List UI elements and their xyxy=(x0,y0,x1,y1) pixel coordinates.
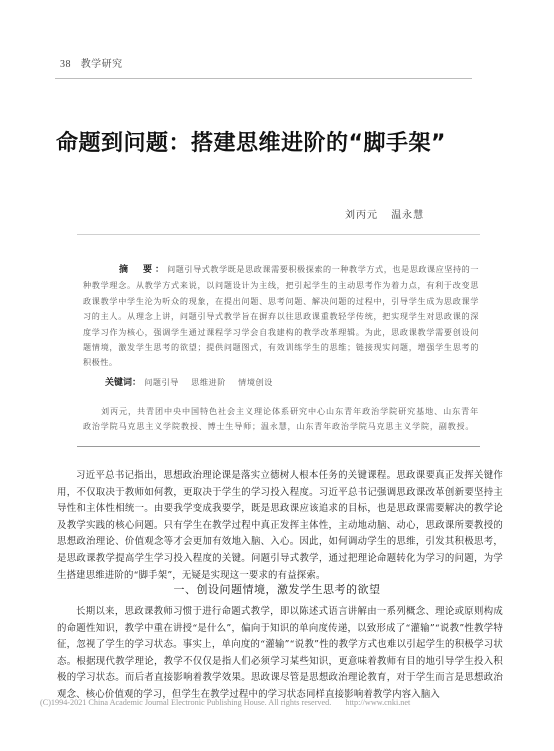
header-divider xyxy=(55,78,472,79)
keyword: 思维进阶 xyxy=(191,377,226,387)
page-number: 38 xyxy=(60,59,71,70)
abstract-top-divider xyxy=(77,234,480,235)
copyright-text: (C)1994-2021 China Academic Journal Elec… xyxy=(40,698,331,707)
keywords: 关键词： 问题引导 思维进阶 情境创设 xyxy=(105,375,282,388)
abstract: 摘 要：问题引导式教学既是思政课需要积极探索的一种教学方式，也是思政课应坚持的一… xyxy=(83,262,479,371)
abstract-text: 问题引导式教学既是思政课需要积极探索的一种教学方式，也是思政课应坚持的一种教学理… xyxy=(83,264,479,367)
keywords-label: 关键词： xyxy=(105,378,141,388)
abstract-label: 摘 要： xyxy=(119,265,167,275)
journal-section: 教学研究 xyxy=(81,59,123,70)
author-affiliation: 刘丙元，共青团中央中国特色社会主义理论体系研究中心山东青年政治学院研究基地、山东… xyxy=(83,404,479,435)
article-title: 命题到问题：搭建思维进阶的“脚手架” xyxy=(56,126,446,157)
section-heading: 一、创设问题情境，激发学生思考的欲望 xyxy=(0,581,554,597)
running-head: 38 教学研究 xyxy=(60,55,123,70)
keyword: 问题引导 xyxy=(144,377,179,387)
copyright-footer: (C)1994-2021 China Academic Journal Elec… xyxy=(0,698,554,707)
abstract-bottom-divider xyxy=(77,446,480,447)
author-name: 温永慧 xyxy=(391,210,424,221)
footer-url[interactable]: http://www.cnki.net xyxy=(345,698,410,707)
keyword: 情境创设 xyxy=(238,377,273,387)
author-name: 刘丙元 xyxy=(345,210,378,221)
intro-paragraph: 习近平总书记指出，思想政治理论课是落实立德树人根本任务的关键课程。思政课要真正发… xyxy=(57,468,503,584)
section-paragraph: 长期以来，思政课教师习惯于进行命题式教学，即以陈述式语言讲解由一系列概念、理论或… xyxy=(57,604,503,704)
author-list: 刘丙元 温永慧 xyxy=(345,206,424,221)
